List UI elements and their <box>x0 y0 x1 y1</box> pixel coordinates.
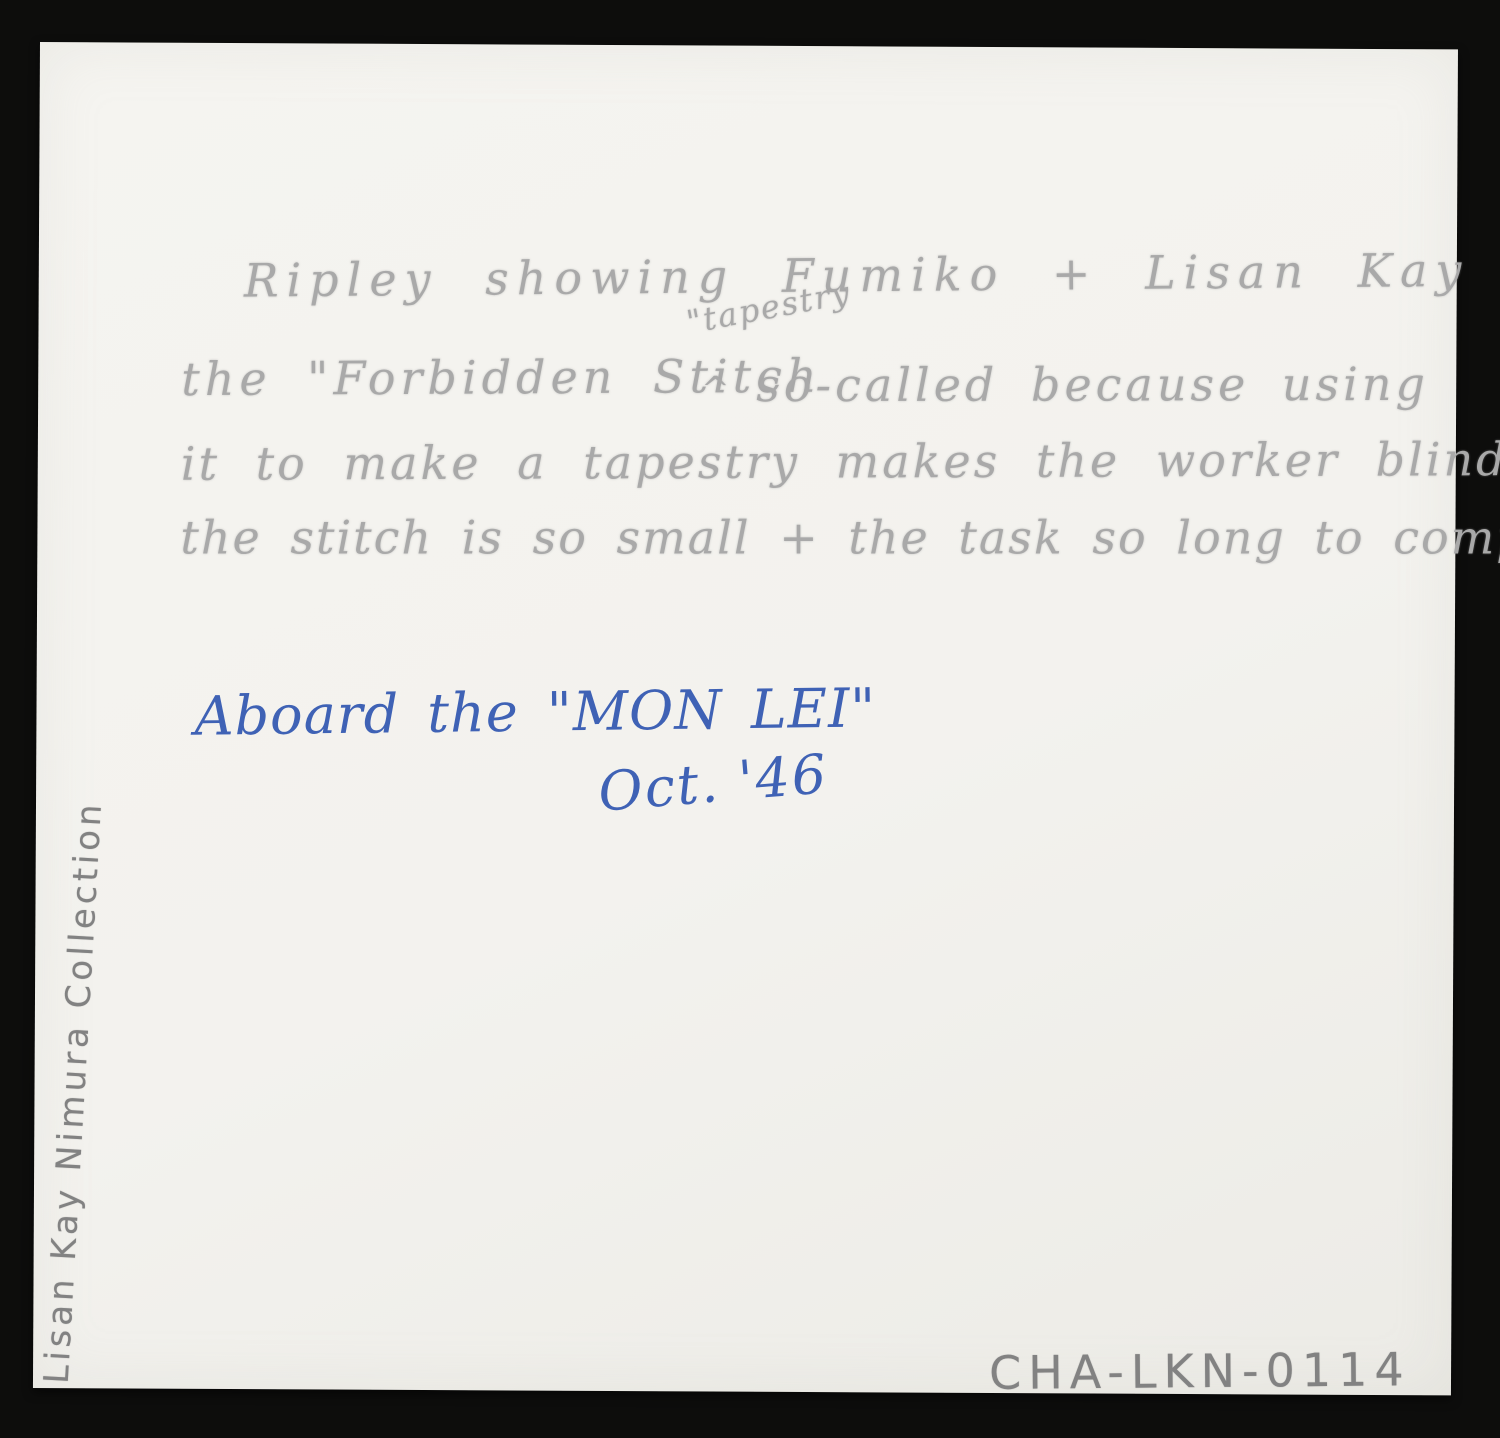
pencil-line-1: Ripley showing Fumiko + Lisan Kay <box>244 243 1470 308</box>
pencil-line-2-end: so-called because using <box>756 357 1429 412</box>
collection-inscription: Lisan Kay Nimura Collection <box>37 684 117 1385</box>
ink-inscription: Aboard the "MON LEI" Oct. '46 <box>40 42 1458 49</box>
ink-line-location: Aboard the "MON LEI" <box>194 676 876 747</box>
pencil-line-3: it to make a tapestry makes the worker b… <box>181 432 1500 491</box>
paper: Ripley showing Fumiko + Lisan Kay the "F… <box>33 42 1458 1395</box>
catalog-number: CHA-LKN-0114 <box>989 1342 1411 1400</box>
pencil-line-4: the stitch is so small + the task so lon… <box>180 511 1500 565</box>
ink-line-date: Oct. '46 <box>596 742 830 824</box>
pencil-inscription: Ripley showing Fumiko + Lisan Kay the "F… <box>40 42 1458 49</box>
photo-verso-scan: { "colors": { "background": "#0d0d0c", "… <box>0 0 1500 1438</box>
caret-mark: ^ <box>701 369 730 409</box>
